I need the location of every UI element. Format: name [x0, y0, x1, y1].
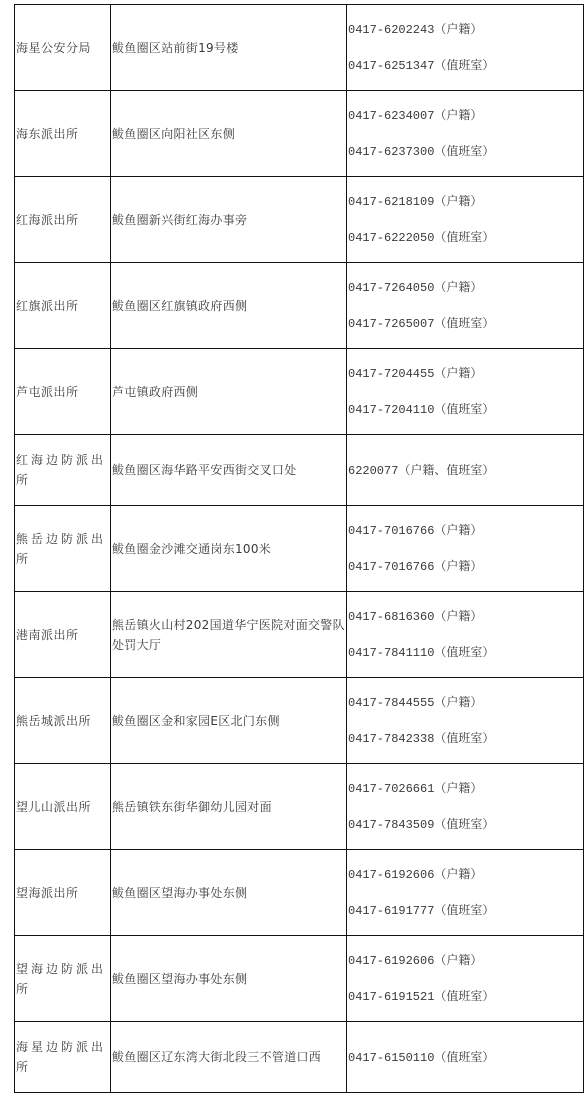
phone-line: 0417-6202243（户籍） — [348, 20, 583, 39]
phone-line: 0417-6191777（值班室） — [348, 901, 583, 920]
phone-number: 0417-7842338 — [348, 732, 434, 746]
phone-note: （户籍） — [434, 22, 482, 36]
table-row: 海东派出所 鲅鱼圈区向阳社区东侧 0417-6234007（户籍）0417-62… — [15, 91, 584, 177]
police-station-table: 海星公安分局 鲅鱼圈区站前街19号楼 0417-6202243（户籍）0417-… — [14, 4, 584, 1093]
address-cell: 鲅鱼圈区望海办事处东侧 — [111, 850, 347, 936]
station-name-cell: 海星边防派出所 — [15, 1022, 111, 1093]
phone-number: 0417-7026661 — [348, 782, 434, 796]
phone-number: 0417-7016766 — [348, 560, 434, 574]
phone-cell: 0417-6816360（户籍）0417-7841110（值班室） — [347, 592, 584, 678]
table-row: 港南派出所 熊岳镇火山村202国道华宁医院对面交警队处罚大厅 0417-6816… — [15, 592, 584, 678]
station-name-cell: 海东派出所 — [15, 91, 111, 177]
station-name: 海星公安分局 — [16, 41, 91, 55]
station-address: 熊岳镇铁东街华御幼儿园对面 — [112, 800, 272, 814]
phone-number: 0417-6218109 — [348, 195, 434, 209]
phone-line: 0417-6234007（户籍） — [348, 106, 583, 125]
phone-note: （户籍） — [434, 108, 482, 122]
phone-note: （值班室） — [434, 645, 494, 659]
station-address: 芦屯镇政府西侧 — [112, 385, 198, 399]
phone-line: 0417-7016766（户籍） — [348, 521, 583, 540]
phone-note: （户籍） — [434, 366, 482, 380]
address-cell: 熊岳镇铁东街华御幼儿园对面 — [111, 764, 347, 850]
phone-line: 0417-7843509（值班室） — [348, 815, 583, 834]
station-name: 海星边防派出所 — [16, 1040, 106, 1074]
phone-note: （值班室） — [434, 903, 494, 917]
station-address: 鲅鱼圈金沙滩交通岗东100米 — [112, 542, 271, 556]
station-name-cell: 望海派出所 — [15, 850, 111, 936]
address-cell: 鲅鱼圈区红旗镇政府西侧 — [111, 263, 347, 349]
phone-line: 0417-6816360（户籍） — [348, 607, 583, 626]
phone-line: 0417-7842338（值班室） — [348, 729, 583, 748]
table-row: 红旗派出所 鲅鱼圈区红旗镇政府西侧 0417-7264050（户籍）0417-7… — [15, 263, 584, 349]
station-name: 望海边防派出所 — [16, 962, 106, 996]
station-address: 鲅鱼圈区站前街19号楼 — [112, 41, 239, 55]
phone-note: （值班室） — [434, 58, 494, 72]
address-cell: 鲅鱼圈新兴街红海办事旁 — [111, 177, 347, 263]
phone-cell: 0417-6218109（户籍）0417-6222050（值班室） — [347, 177, 584, 263]
station-address: 鲅鱼圈区望海办事处东侧 — [112, 886, 247, 900]
phone-note: （户籍、值班室） — [398, 463, 494, 477]
table-row: 望海派出所 鲅鱼圈区望海办事处东侧 0417-6192606（户籍）0417-6… — [15, 850, 584, 936]
station-name-cell: 红海派出所 — [15, 177, 111, 263]
phone-note: （值班室） — [434, 230, 494, 244]
station-name-cell: 红旗派出所 — [15, 263, 111, 349]
station-name-cell: 芦屯派出所 — [15, 349, 111, 435]
phone-line: 0417-7841110（值班室） — [348, 643, 583, 662]
address-cell: 鲅鱼圈金沙滩交通岗东100米 — [111, 506, 347, 592]
phone-line: 0417-6191521（值班室） — [348, 987, 583, 1006]
address-cell: 鲅鱼圈区辽东湾大街北段三不管道口西 — [111, 1022, 347, 1093]
station-name: 芦屯派出所 — [16, 385, 79, 399]
station-name-cell: 海星公安分局 — [15, 5, 111, 91]
phone-number: 0417-7204455 — [348, 367, 434, 381]
address-cell: 熊岳镇火山村202国道华宁医院对面交警队处罚大厅 — [111, 592, 347, 678]
phone-number: 0417-7844555 — [348, 696, 434, 710]
phone-cell: 0417-7204455（户籍）0417-7204110（值班室） — [347, 349, 584, 435]
station-name-cell: 红海边防派出所 — [15, 435, 111, 506]
phone-number: 0417-7016766 — [348, 524, 434, 538]
table-row: 海星公安分局 鲅鱼圈区站前街19号楼 0417-6202243（户籍）0417-… — [15, 5, 584, 91]
table-row: 望海边防派出所 鲅鱼圈区望海办事处东侧 0417-6192606（户籍）0417… — [15, 936, 584, 1022]
phone-note: （户籍） — [434, 695, 482, 709]
phone-line: 0417-7265007（值班室） — [348, 314, 583, 333]
phone-number: 0417-7841110 — [348, 646, 434, 660]
station-address: 鲅鱼圈区向阳社区东侧 — [112, 127, 235, 141]
phone-number: 0417-6234007 — [348, 109, 434, 123]
phone-number: 6220077 — [348, 464, 398, 478]
phone-note: （值班室） — [434, 402, 494, 416]
phone-note: （户籍） — [434, 523, 482, 537]
table-row: 红海边防派出所 鲅鱼圈区海华路平安西街交叉口处 6220077（户籍、值班室） — [15, 435, 584, 506]
phone-line: 0417-6222050（值班室） — [348, 228, 583, 247]
phone-line: 0417-7204455（户籍） — [348, 364, 583, 383]
phone-line: 0417-7204110（值班室） — [348, 400, 583, 419]
station-name-cell: 熊岳边防派出所 — [15, 506, 111, 592]
phone-line: 0417-6237300（值班室） — [348, 142, 583, 161]
phone-note: （值班室） — [434, 731, 494, 745]
phone-line: 0417-7844555（户籍） — [348, 693, 583, 712]
station-address: 鲅鱼圈区辽东湾大街北段三不管道口西 — [112, 1050, 321, 1064]
address-cell: 芦屯镇政府西侧 — [111, 349, 347, 435]
phone-number: 0417-6191521 — [348, 990, 434, 1004]
phone-note: （值班室） — [434, 144, 494, 158]
phone-note: （值班室） — [434, 817, 494, 831]
phone-cell: 0417-7844555（户籍）0417-7842338（值班室） — [347, 678, 584, 764]
station-name: 红海边防派出所 — [16, 453, 106, 487]
phone-note: （户籍） — [434, 867, 482, 881]
phone-number: 0417-7265007 — [348, 317, 434, 331]
phone-note: （户籍） — [434, 194, 482, 208]
phone-cell: 0417-6192606（户籍）0417-6191521（值班室） — [347, 936, 584, 1022]
phone-number: 0417-6202243 — [348, 23, 434, 37]
phone-number: 0417-7843509 — [348, 818, 434, 832]
phone-number: 0417-7264050 — [348, 281, 434, 295]
address-cell: 鲅鱼圈区金和家园E区北门东侧 — [111, 678, 347, 764]
table-row: 望儿山派出所 熊岳镇铁东街华御幼儿园对面 0417-7026661（户籍）041… — [15, 764, 584, 850]
phone-number: 0417-6191777 — [348, 904, 434, 918]
phone-line: 0417-6192606（户籍） — [348, 951, 583, 970]
table-row: 海星边防派出所 鲅鱼圈区辽东湾大街北段三不管道口西 0417-6150110（值… — [15, 1022, 584, 1093]
table-row: 熊岳边防派出所 鲅鱼圈金沙滩交通岗东100米 0417-7016766（户籍）0… — [15, 506, 584, 592]
phone-line: 0417-6251347（值班室） — [348, 56, 583, 75]
address-cell: 鲅鱼圈区望海办事处东侧 — [111, 936, 347, 1022]
station-name: 港南派出所 — [16, 628, 79, 642]
station-name-cell: 望儿山派出所 — [15, 764, 111, 850]
phone-note: （值班室） — [434, 1050, 494, 1064]
phone-line: 0417-6192606（户籍） — [348, 865, 583, 884]
table-row: 红海派出所 鲅鱼圈新兴街红海办事旁 0417-6218109（户籍）0417-6… — [15, 177, 584, 263]
phone-line: 0417-7264050（户籍） — [348, 278, 583, 297]
station-address: 鲅鱼圈区红旗镇政府西侧 — [112, 299, 247, 313]
phone-number: 0417-6237300 — [348, 145, 434, 159]
phone-number: 0417-6251347 — [348, 59, 434, 73]
phone-cell: 0417-6192606（户籍）0417-6191777（值班室） — [347, 850, 584, 936]
phone-cell: 6220077（户籍、值班室） — [347, 435, 584, 506]
phone-note: （值班室） — [434, 316, 494, 330]
phone-line: 0417-7026661（户籍） — [348, 779, 583, 798]
table-row: 熊岳城派出所 鲅鱼圈区金和家园E区北门东侧 0417-7844555（户籍）04… — [15, 678, 584, 764]
station-address: 鲅鱼圈区海华路平安西街交叉口处 — [112, 463, 297, 477]
station-name: 望儿山派出所 — [16, 800, 91, 814]
phone-cell: 0417-7264050（户籍）0417-7265007（值班室） — [347, 263, 584, 349]
station-address: 鲅鱼圈区金和家园E区北门东侧 — [112, 714, 280, 728]
phone-note: （户籍） — [434, 280, 482, 294]
station-name: 海东派出所 — [16, 127, 79, 141]
phone-cell: 0417-7016766（户籍）0417-7016766（户籍） — [347, 506, 584, 592]
phone-cell: 0417-6234007（户籍）0417-6237300（值班室） — [347, 91, 584, 177]
station-name: 望海派出所 — [16, 886, 79, 900]
phone-number: 0417-6192606 — [348, 954, 434, 968]
phone-note: （值班室） — [434, 989, 494, 1003]
phone-note: （户籍） — [434, 953, 482, 967]
phone-line: 0417-6150110（值班室） — [348, 1048, 583, 1067]
phone-number: 0417-6222050 — [348, 231, 434, 245]
phone-cell: 0417-6202243（户籍）0417-6251347（值班室） — [347, 5, 584, 91]
phone-number: 0417-6816360 — [348, 610, 434, 624]
station-name: 红旗派出所 — [16, 299, 79, 313]
station-address: 熊岳镇火山村202国道华宁医院对面交警队处罚大厅 — [112, 618, 345, 652]
phone-number: 0417-6192606 — [348, 868, 434, 882]
address-cell: 鲅鱼圈区向阳社区东侧 — [111, 91, 347, 177]
address-cell: 鲅鱼圈区海华路平安西街交叉口处 — [111, 435, 347, 506]
phone-number: 0417-6150110 — [348, 1051, 434, 1065]
station-name: 熊岳边防派出所 — [16, 532, 106, 566]
phone-number: 0417-7204110 — [348, 403, 434, 417]
phone-note: （户籍） — [434, 559, 482, 573]
table-row: 芦屯派出所 芦屯镇政府西侧 0417-7204455（户籍）0417-72041… — [15, 349, 584, 435]
address-cell: 鲅鱼圈区站前街19号楼 — [111, 5, 347, 91]
station-name: 红海派出所 — [16, 213, 79, 227]
station-address: 鲅鱼圈新兴街红海办事旁 — [112, 213, 247, 227]
phone-note: （户籍） — [434, 609, 482, 623]
phone-cell: 0417-7026661（户籍）0417-7843509（值班室） — [347, 764, 584, 850]
phone-line: 0417-6218109（户籍） — [348, 192, 583, 211]
station-name: 熊岳城派出所 — [16, 714, 91, 728]
station-name-cell: 望海边防派出所 — [15, 936, 111, 1022]
phone-note: （户籍） — [434, 781, 482, 795]
phone-line: 6220077（户籍、值班室） — [348, 461, 583, 480]
phone-cell: 0417-6150110（值班室） — [347, 1022, 584, 1093]
station-address: 鲅鱼圈区望海办事处东侧 — [112, 972, 247, 986]
phone-line: 0417-7016766（户籍） — [348, 557, 583, 576]
station-name-cell: 港南派出所 — [15, 592, 111, 678]
station-name-cell: 熊岳城派出所 — [15, 678, 111, 764]
table-body: 海星公安分局 鲅鱼圈区站前街19号楼 0417-6202243（户籍）0417-… — [15, 4, 584, 1093]
